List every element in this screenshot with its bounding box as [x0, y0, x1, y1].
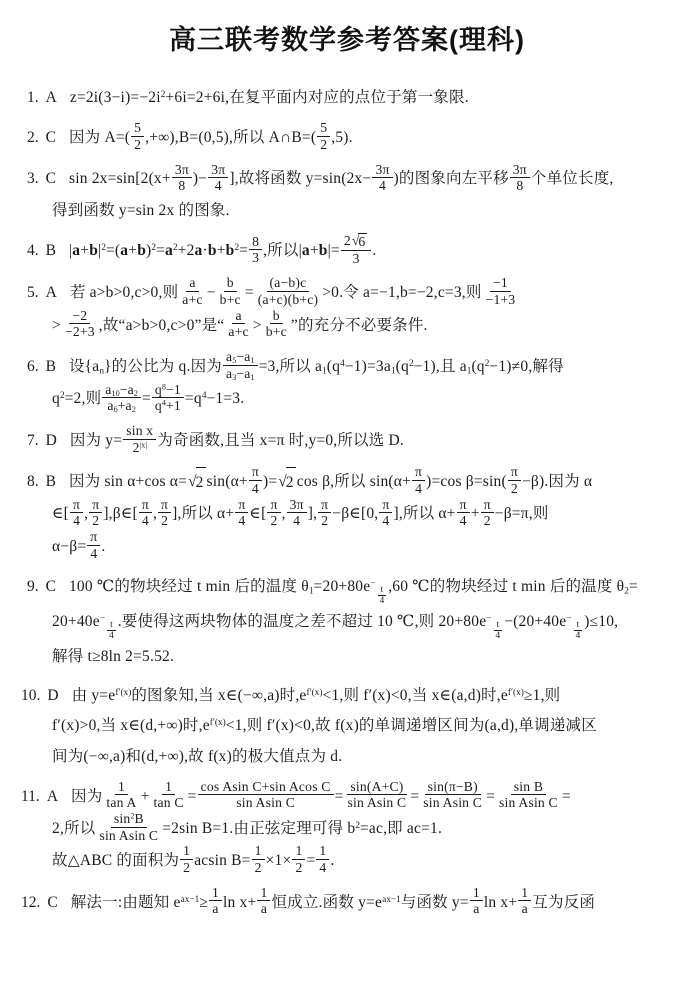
- fraction: 3π8: [510, 162, 530, 194]
- answer-line: 2,所以sin2Bsin Asin C=2sin B=1.由正弦定理可得 b2=…: [52, 813, 680, 845]
- question-number: 1.: [27, 89, 39, 106]
- fraction: 1tan A: [103, 779, 139, 811]
- fraction: 1a: [470, 885, 483, 917]
- answer-letter: C: [46, 578, 56, 595]
- answer-text: 故△ABC 的面积为12acsin B=12×1×12=14.: [52, 852, 335, 869]
- answer-text: 设{an}的公比为 q.因为a5−a1a3−a1=3,所以 a1(q4−1)=3…: [69, 358, 564, 375]
- answer-item: 11.A因为1tan A+1tan C=cos Asin C+sin Acos …: [52, 781, 680, 878]
- answer-text: 因为 A=(52,+∞),B=(0,5),所以 A∩B=(52,5).: [69, 129, 353, 146]
- answer-line: 7.D因为 y=sin x2|x|为奇函数,且当 x=π 时,y=0,所以选 D…: [27, 425, 680, 457]
- fraction: sin(A+C)sin Asin C: [345, 779, 410, 811]
- answer-text: f′(x)>0,当 x∈(d,+∞)时,ef′(x)<1,则 f′(x)<0,故…: [52, 717, 597, 734]
- fraction: 1tan C: [151, 779, 187, 811]
- answer-line: 间为(−∞,a)和(d,+∞),故 f(x)的极大值点为 d.: [52, 742, 680, 772]
- answer-line: α−β=π4.: [52, 531, 680, 563]
- answer-line: 6.B设{an}的公比为 q.因为a5−a1a3−a1=3,所以 a1(q4−1…: [27, 351, 680, 383]
- answer-text: 解法一:由题知 eax−1≥1aln x+1a恒成立.函数 y=eax−1与函数…: [71, 894, 595, 911]
- answer-letter: B: [46, 242, 56, 259]
- question-number: 6.: [27, 358, 39, 375]
- answer-line: 5.A若 a>b>0,c>0,则aa+c−bb+c=(a−b)c(a+c)(b+…: [27, 277, 680, 309]
- fraction: 12: [180, 843, 193, 875]
- fraction: (a−b)c(a+c)(b+c): [255, 275, 321, 307]
- fraction: 14: [316, 843, 329, 875]
- answer-item: 12.C解法一:由题知 eax−1≥1aln x+1a恒成立.函数 y=eax−…: [52, 887, 680, 919]
- sqrt-radical: √2: [278, 467, 295, 498]
- fraction: π4: [235, 497, 248, 529]
- answer-text: 由 y=ef′(x)的图象知,当 x∈(−∞,a)时,ef′(x)<1,则 f′…: [72, 687, 561, 704]
- question-number: 4.: [27, 242, 39, 259]
- answer-letter: A: [47, 788, 58, 805]
- answer-line: 解得 t≥8ln 2=5.52.: [52, 642, 680, 672]
- answer-text: 间为(−∞,a)和(d,+∞),故 f(x)的极大值点为 d.: [52, 748, 342, 765]
- fraction: 2√63: [341, 233, 372, 266]
- answer-text: 因为 sin α+cos α=√2sin(α+π4)=√2cos β,所以 si…: [69, 473, 592, 490]
- answer-line: q2=2,则a10−a2a6+a2=q8−1q4+1=q4−1=3.: [52, 384, 680, 416]
- question-number: 11.: [21, 788, 40, 805]
- answer-prefix: 10.D: [21, 687, 59, 704]
- answer-text: 得到函数 y=sin 2x 的图象.: [52, 202, 230, 219]
- question-number: 2.: [27, 129, 39, 146]
- answer-text: >−2−2+3,故“a>b>0,c>0”是“aa+c>bb+c”的充分不必要条件…: [52, 317, 428, 334]
- answer-text: q2=2,则a10−a2a6+a2=q8−1q4+1=q4−1=3.: [52, 390, 244, 407]
- answer-prefix: 11.A: [21, 788, 58, 805]
- fraction: π2: [158, 497, 171, 529]
- answer-letter: C: [46, 129, 56, 146]
- answer-line: 8.B因为 sin α+cos α=√2sin(α+π4)=√2cos β,所以…: [27, 466, 680, 498]
- answer-text: 因为1tan A+1tan C=cos Asin C+sin Acos Csin…: [71, 788, 571, 805]
- fraction: π4: [139, 497, 152, 529]
- answer-text: ∈[π4,π2],β∈[π4,π2],所以 α+π4∈[π2,3π4],π2−β…: [52, 505, 549, 522]
- fraction: 83: [249, 234, 262, 266]
- fraction: aa+c: [179, 275, 205, 307]
- fraction: a10−a2a6+a2: [102, 382, 141, 414]
- answer-item: 6.B设{an}的公比为 q.因为a5−a1a3−a1=3,所以 a1(q4−1…: [52, 351, 680, 416]
- question-number: 8.: [27, 473, 39, 490]
- question-number: 10.: [21, 687, 40, 704]
- fraction: sin2Bsin Asin C: [96, 811, 161, 843]
- question-number: 3.: [27, 170, 39, 187]
- fraction: π2: [318, 497, 331, 529]
- answer-prefix: 6.B: [27, 358, 56, 375]
- answer-prefix: 9.C: [27, 578, 56, 595]
- answer-line: 3.Csin 2x=sin[2(x+3π8)−3π4],故将函数 y=sin(2…: [27, 164, 680, 196]
- fraction: 1a: [209, 885, 222, 917]
- sqrt-radical: √2: [188, 467, 205, 498]
- answer-text: z=2i(3−i)=−2i2+6i=2+6i,在复平面内对应的点位于第一象限.: [70, 89, 469, 106]
- fraction: 1a: [257, 885, 270, 917]
- answer-line: 2.C因为 A=(52,+∞),B=(0,5),所以 A∩B=(52,5).: [27, 122, 680, 154]
- answer-prefix: 8.B: [27, 473, 56, 490]
- fraction: π4: [87, 529, 100, 561]
- question-number: 9.: [27, 578, 39, 595]
- fraction: π4: [379, 497, 392, 529]
- answer-text: 100 ℃的物块经过 t min 后的温度 θ1=20+80e−t4,60 ℃的…: [69, 578, 638, 595]
- answer-text: |a+b|2=(a+b)2=a2+2a·b+b2=83,所以|a+b|=2√63…: [69, 242, 376, 259]
- answer-prefix: 2.C: [27, 129, 56, 146]
- answer-line: 10.D由 y=ef′(x)的图象知,当 x∈(−∞,a)时,ef′(x)<1,…: [21, 681, 680, 711]
- answer-line: 9.C100 ℃的物块经过 t min 后的温度 θ1=20+80e−t4,60…: [27, 572, 680, 607]
- answer-prefix: 7.D: [27, 432, 57, 449]
- answer-item: 9.C100 ℃的物块经过 t min 后的温度 θ1=20+80e−t4,60…: [52, 572, 680, 672]
- answer-item: 7.D因为 y=sin x2|x|为奇函数,且当 x=π 时,y=0,所以选 D…: [52, 425, 680, 457]
- answer-prefix: 4.B: [27, 242, 56, 259]
- fraction: t4: [493, 620, 504, 642]
- answer-letter: B: [46, 358, 56, 375]
- question-number: 5.: [27, 284, 39, 301]
- answer-text: α−β=π4.: [52, 538, 105, 555]
- fraction: bb+c: [263, 308, 290, 340]
- answer-item: 3.Csin 2x=sin[2(x+3π8)−3π4],故将函数 y=sin(2…: [52, 164, 680, 227]
- fraction: t4: [377, 585, 388, 607]
- answer-line: f′(x)>0,当 x∈(d,+∞)时,ef′(x)<1,则 f′(x)<0,故…: [52, 711, 680, 741]
- fraction: t4: [106, 620, 117, 642]
- answer-line: 故△ABC 的面积为12acsin B=12×1×12=14.: [52, 845, 680, 877]
- fraction: 3π4: [208, 162, 228, 194]
- fraction: π4: [70, 497, 83, 529]
- answer-line: 1.Az=2i(3−i)=−2i2+6i=2+6i,在复平面内对应的点位于第一象…: [27, 83, 680, 113]
- answer-line: >−2−2+3,故“a>b>0,c>0”是“aa+c>bb+c”的充分不必要条件…: [52, 310, 680, 342]
- sqrt-radical: √6: [352, 233, 368, 250]
- answer-line: 11.A因为1tan A+1tan C=cos Asin C+sin Acos …: [21, 781, 680, 813]
- answer-line: 20+40e−t4.要使得这两块物体的温度之差不超过 10 ℃,则 20+80e…: [52, 607, 680, 642]
- answer-text: sin 2x=sin[2(x+3π8)−3π4],故将函数 y=sin(2x−3…: [69, 170, 614, 187]
- answer-line: 得到函数 y=sin 2x 的图象.: [52, 196, 680, 226]
- answer-letter: C: [46, 170, 56, 187]
- answer-text: 20+40e−t4.要使得这两块物体的温度之差不超过 10 ℃,则 20+80e…: [52, 613, 618, 630]
- fraction: sin x2|x|: [123, 423, 156, 455]
- answer-letter: A: [46, 89, 57, 106]
- fraction: π2: [89, 497, 102, 529]
- answer-prefix: 12.C: [21, 894, 58, 911]
- answer-item: 5.A若 a>b>0,c>0,则aa+c−bb+c=(a−b)c(a+c)(b+…: [52, 277, 680, 342]
- answer-text: 解得 t≥8ln 2=5.52.: [52, 648, 174, 665]
- question-number: 12.: [21, 894, 40, 911]
- answer-line: 4.B|a+b|2=(a+b)2=a2+2a·b+b2=83,所以|a+b|=2…: [27, 235, 680, 268]
- answer-item: 2.C因为 A=(52,+∞),B=(0,5),所以 A∩B=(52,5).: [52, 122, 680, 154]
- answer-text: 2,所以sin2Bsin Asin C=2sin B=1.由正弦定理可得 b2=…: [52, 820, 442, 837]
- fraction: cos Asin C+sin Acos Csin Asin C: [198, 779, 334, 811]
- answer-prefix: 5.A: [27, 284, 57, 301]
- fraction: π2: [267, 497, 280, 529]
- fraction: 1a: [518, 885, 531, 917]
- answers-list: 1.Az=2i(3−i)=−2i2+6i=2+6i,在复平面内对应的点位于第一象…: [14, 83, 680, 919]
- fraction: 3π8: [172, 162, 192, 194]
- answer-text: 因为 y=sin x2|x|为奇函数,且当 x=π 时,y=0,所以选 D.: [70, 432, 404, 449]
- fraction: −2−2+3: [62, 308, 98, 340]
- answer-prefix: 3.C: [27, 170, 56, 187]
- fraction: π2: [481, 497, 494, 529]
- fraction: q8−1q4+1: [152, 382, 184, 414]
- fraction: π2: [508, 464, 521, 496]
- fraction: aa+c: [225, 308, 251, 340]
- answer-letter: B: [46, 473, 56, 490]
- answer-item: 8.B因为 sin α+cos α=√2sin(α+π4)=√2cos β,所以…: [52, 466, 680, 563]
- fraction: bb+c: [217, 275, 244, 307]
- fraction: π4: [412, 464, 425, 496]
- document-page: 高三联考数学参考答案(理科) 1.Az=2i(3−i)=−2i2+6i=2+6i…: [0, 0, 692, 919]
- fraction: π4: [457, 497, 470, 529]
- fraction: −1−1+3: [483, 275, 519, 307]
- fraction: sin Bsin Asin C: [496, 779, 561, 811]
- answer-letter: C: [47, 894, 57, 911]
- page-title: 高三联考数学参考答案(理科): [14, 18, 680, 57]
- answer-text: 若 a>b>0,c>0,则aa+c−bb+c=(a−b)c(a+c)(b+c)>…: [70, 284, 520, 301]
- question-number: 7.: [27, 432, 39, 449]
- fraction: a5−a1a3−a1: [223, 349, 258, 381]
- answer-item: 1.Az=2i(3−i)=−2i2+6i=2+6i,在复平面内对应的点位于第一象…: [52, 83, 680, 113]
- fraction: π4: [249, 464, 262, 496]
- fraction: 3π4: [287, 497, 307, 529]
- fraction: 3π4: [372, 162, 392, 194]
- answer-letter: A: [46, 284, 57, 301]
- fraction: 12: [252, 843, 265, 875]
- answer-line: ∈[π4,π2],β∈[π4,π2],所以 α+π4∈[π2,3π4],π2−β…: [52, 499, 680, 531]
- fraction: sin(π−B)sin Asin C: [420, 779, 485, 811]
- answer-item: 4.B|a+b|2=(a+b)2=a2+2a·b+b2=83,所以|a+b|=2…: [52, 235, 680, 268]
- answer-letter: D: [46, 432, 57, 449]
- answer-letter: D: [47, 687, 58, 704]
- fraction: 52: [317, 120, 330, 152]
- fraction: 12: [292, 843, 305, 875]
- fraction: t4: [573, 620, 584, 642]
- answer-item: 10.D由 y=ef′(x)的图象知,当 x∈(−∞,a)时,ef′(x)<1,…: [52, 681, 680, 772]
- answer-prefix: 1.A: [27, 89, 57, 106]
- fraction: 52: [131, 120, 144, 152]
- answer-line: 12.C解法一:由题知 eax−1≥1aln x+1a恒成立.函数 y=eax−…: [21, 887, 680, 919]
